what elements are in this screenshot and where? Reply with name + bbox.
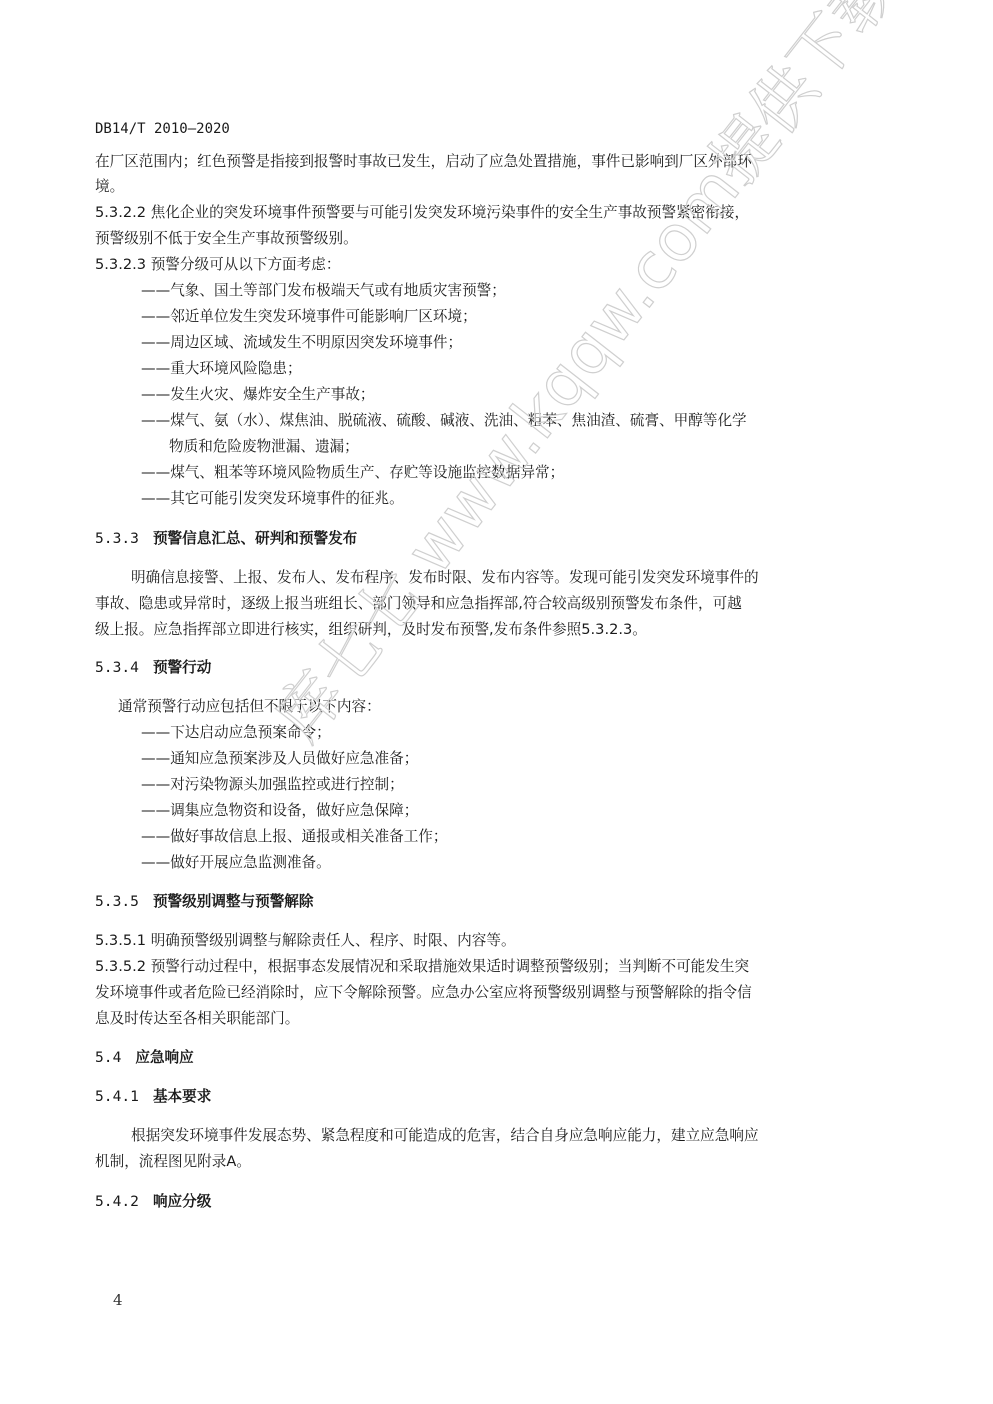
section-title: 预警级别调整与预警解除 (153, 893, 314, 910)
section-title: 响应分级 (153, 1193, 211, 1210)
section-number: 5.4 (95, 1049, 121, 1066)
text-line: 5.3.2.2 焦化企业的突发环境事件预警要与可能引发突发环境污染事件的安全生产… (95, 203, 749, 223)
page-number: 4 (113, 1291, 123, 1309)
text-line: 息及时传达至各相关职能部门。 (95, 1009, 299, 1029)
section-heading: 5.3.4预警行动 (95, 658, 211, 678)
text-line: ——下达启动应急预案命令； (141, 723, 331, 743)
text-line: 5.3.5.2 预警行动过程中，根据事态发展情况和采取措施效果适时调整预警级别；… (95, 957, 749, 977)
text-line: ——对污染物源头加强监控或进行控制； (141, 775, 404, 795)
section-number: 5.3.4 (95, 659, 139, 676)
text-line: ——邻近单位发生突发环境事件可能影响厂区环境； (141, 307, 477, 327)
text-line: ——发生火灾、爆炸安全生产事故； (141, 385, 375, 405)
document-id-header: DB14/T 2010—2020 (95, 121, 230, 137)
text-line: ——周边区域、流域发生不明原因突发环境事件； (141, 333, 462, 353)
section-title: 应急响应 (135, 1049, 193, 1066)
text-line: 物质和危险废物泄漏、遗漏； (169, 437, 359, 457)
text-line: ——做好事故信息上报、通报或相关准备工作； (141, 827, 447, 847)
section-heading: 5.3.5预警级别调整与预警解除 (95, 892, 313, 912)
text-line: 级上报。应急指挥部立即进行核实，组织研判，及时发布预警,发布条件参照5.3.2.… (95, 620, 647, 640)
text-line: 明确信息接警、上报、发布人、发布程序、发布时限、发布内容等。发现可能引发突发环境… (131, 568, 759, 588)
section-heading: 5.4.1基本要求 (95, 1087, 211, 1107)
text-line: ——做好开展应急监测准备。 (141, 853, 331, 873)
text-line: 根据突发环境事件发展态势、紧急程度和可能造成的危害，结合自身应急响应能力，建立应… (131, 1126, 759, 1146)
section-title: 预警信息汇总、研判和预警发布 (153, 530, 357, 547)
document-page: DB14/T 2010—2020 在厂区范围内；红色预警是指接到报警时事故已发生… (0, 0, 993, 1404)
text-line: 5.3.2.3 预警分级可从以下方面考虑： (95, 255, 340, 275)
section-title: 预警行动 (153, 659, 211, 676)
text-line: ——重大环境风险隐患； (141, 359, 302, 379)
section-heading: 5.4.2响应分级 (95, 1192, 211, 1212)
text-line: 预警级别不低于安全生产事故预警级别。 (95, 229, 358, 249)
text-line: ——调集应急物资和设备，做好应急保障； (141, 801, 418, 821)
text-line: ——煤气、氨（水）、煤焦油、脱硫液、硫酸、碱液、洗油、粗苯、焦油渣、硫膏、甲醇等… (141, 411, 747, 431)
text-line: 机制，流程图见附录A。 (95, 1152, 251, 1172)
text-line: 发环境事件或者危险已经消除时，应下令解除预警。应急办公室应将预警级别调整与预警解… (95, 983, 752, 1003)
section-number: 5.3.3 (95, 530, 139, 547)
section-number: 5.3.5 (95, 893, 139, 910)
text-line: 通常预警行动应包括但不限于以下内容： (118, 697, 381, 717)
text-line: ——其它可能引发突发环境事件的征兆。 (141, 489, 404, 509)
text-line: 5.3.5.1 明确预警级别调整与解除责任人、程序、时限、内容等。 (95, 931, 516, 951)
text-line: ——通知应急预案涉及人员做好应急准备； (141, 749, 418, 769)
section-number: 5.4.1 (95, 1088, 139, 1105)
section-heading: 5.4应急响应 (95, 1048, 194, 1068)
text-line: 在厂区范围内；红色预警是指接到报警时事故已发生，启动了应急处置措施，事件已影响到… (95, 152, 752, 172)
text-line: 境。 (95, 177, 124, 197)
section-number: 5.4.2 (95, 1193, 139, 1210)
section-heading: 5.3.3预警信息汇总、研判和预警发布 (95, 529, 357, 549)
text-line: ——气象、国土等部门发布极端天气或有地质灾害预警； (141, 281, 506, 301)
section-title: 基本要求 (153, 1088, 211, 1105)
text-line: ——煤气、粗苯等环境风险物质生产、存贮等设施监控数据异常； (141, 463, 564, 483)
text-line: 事故、隐患或异常时，逐级上报当班组长、部门领导和应急指挥部,符合较高级别预警发布… (95, 594, 742, 614)
